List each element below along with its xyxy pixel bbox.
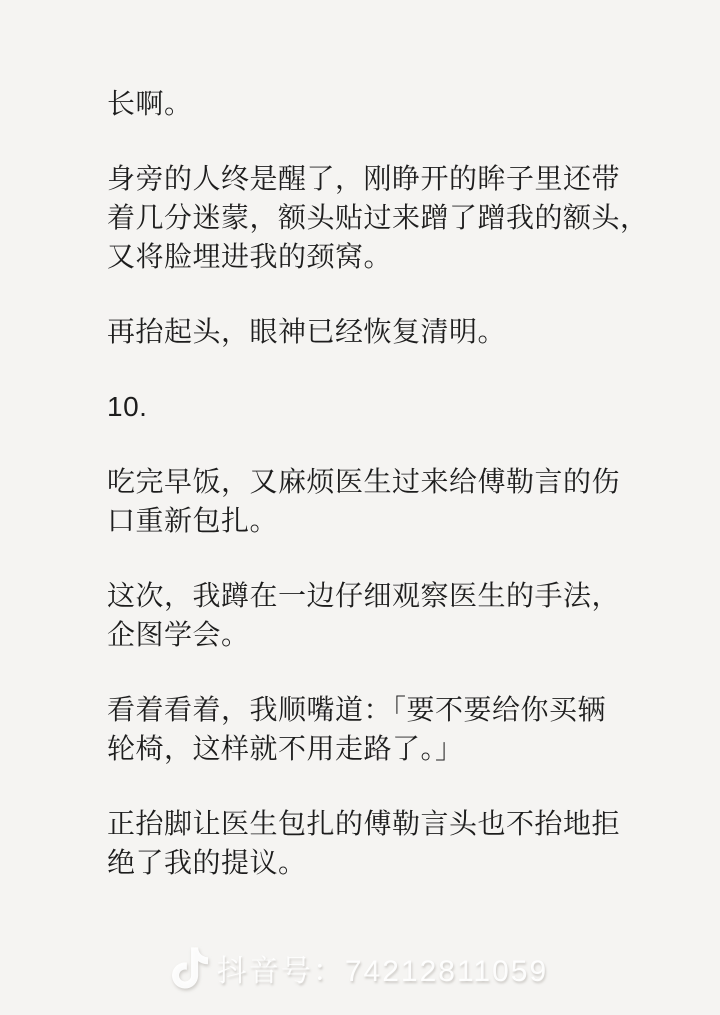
text-line: 正抬脚让医生包扎的傅勒言头也不抬地拒 bbox=[107, 804, 667, 843]
text-line: 绝了我的提议。 bbox=[107, 843, 667, 882]
text-line: 轮椅，这样就不用走路了。」 bbox=[107, 729, 667, 768]
paragraph: 看着看着，我顺嘴道：「要不要给你买辆 轮椅，这样就不用走路了。」 bbox=[107, 690, 667, 768]
text-line: 又将脸埋进我的颈窝。 bbox=[107, 237, 667, 276]
text-line: 再抬起头，眼神已经恢复清明。 bbox=[107, 312, 667, 351]
paragraph: 这次，我蹲在一边仔细观察医生的手法， 企图学会。 bbox=[107, 576, 667, 654]
text-line: 这次，我蹲在一边仔细观察医生的手法， bbox=[107, 576, 667, 615]
paragraph: 身旁的人终是醒了，刚睁开的眸子里还带 着几分迷蒙，额头贴过来蹭了蹭我的额头， 又… bbox=[107, 159, 667, 276]
text-line: 看着看着，我顺嘴道：「要不要给你买辆 bbox=[107, 690, 667, 729]
douyin-note-icon bbox=[172, 947, 208, 989]
douyin-watermark: 抖音号：74212811059 bbox=[0, 946, 720, 990]
paragraph: 再抬起头，眼神已经恢复清明。 bbox=[107, 312, 667, 351]
text-line: 吃完早饭，又麻烦医生过来给傅勒言的伤 bbox=[107, 462, 667, 501]
paragraph: 正抬脚让医生包扎的傅勒言头也不抬地拒 绝了我的提议。 bbox=[107, 804, 667, 882]
text-line: 着几分迷蒙，额头贴过来蹭了蹭我的额头， bbox=[107, 198, 667, 237]
text-line: 口重新包扎。 bbox=[107, 501, 667, 540]
text-line: 长啊。 bbox=[107, 84, 667, 123]
section-number: 10. bbox=[107, 387, 667, 426]
story-text-page: 长啊。 身旁的人终是醒了，刚睁开的眸子里还带 着几分迷蒙，额头贴过来蹭了蹭我的额… bbox=[107, 84, 667, 918]
paragraph: 吃完早饭，又麻烦医生过来给傅勒言的伤 口重新包扎。 bbox=[107, 462, 667, 540]
text-line: 企图学会。 bbox=[107, 615, 667, 654]
paragraph: 长啊。 bbox=[107, 84, 667, 123]
douyin-id-label: 抖音号：74212811059 bbox=[217, 946, 548, 990]
text-line: 身旁的人终是醒了，刚睁开的眸子里还带 bbox=[107, 159, 667, 198]
text-line: 10. bbox=[107, 387, 667, 426]
